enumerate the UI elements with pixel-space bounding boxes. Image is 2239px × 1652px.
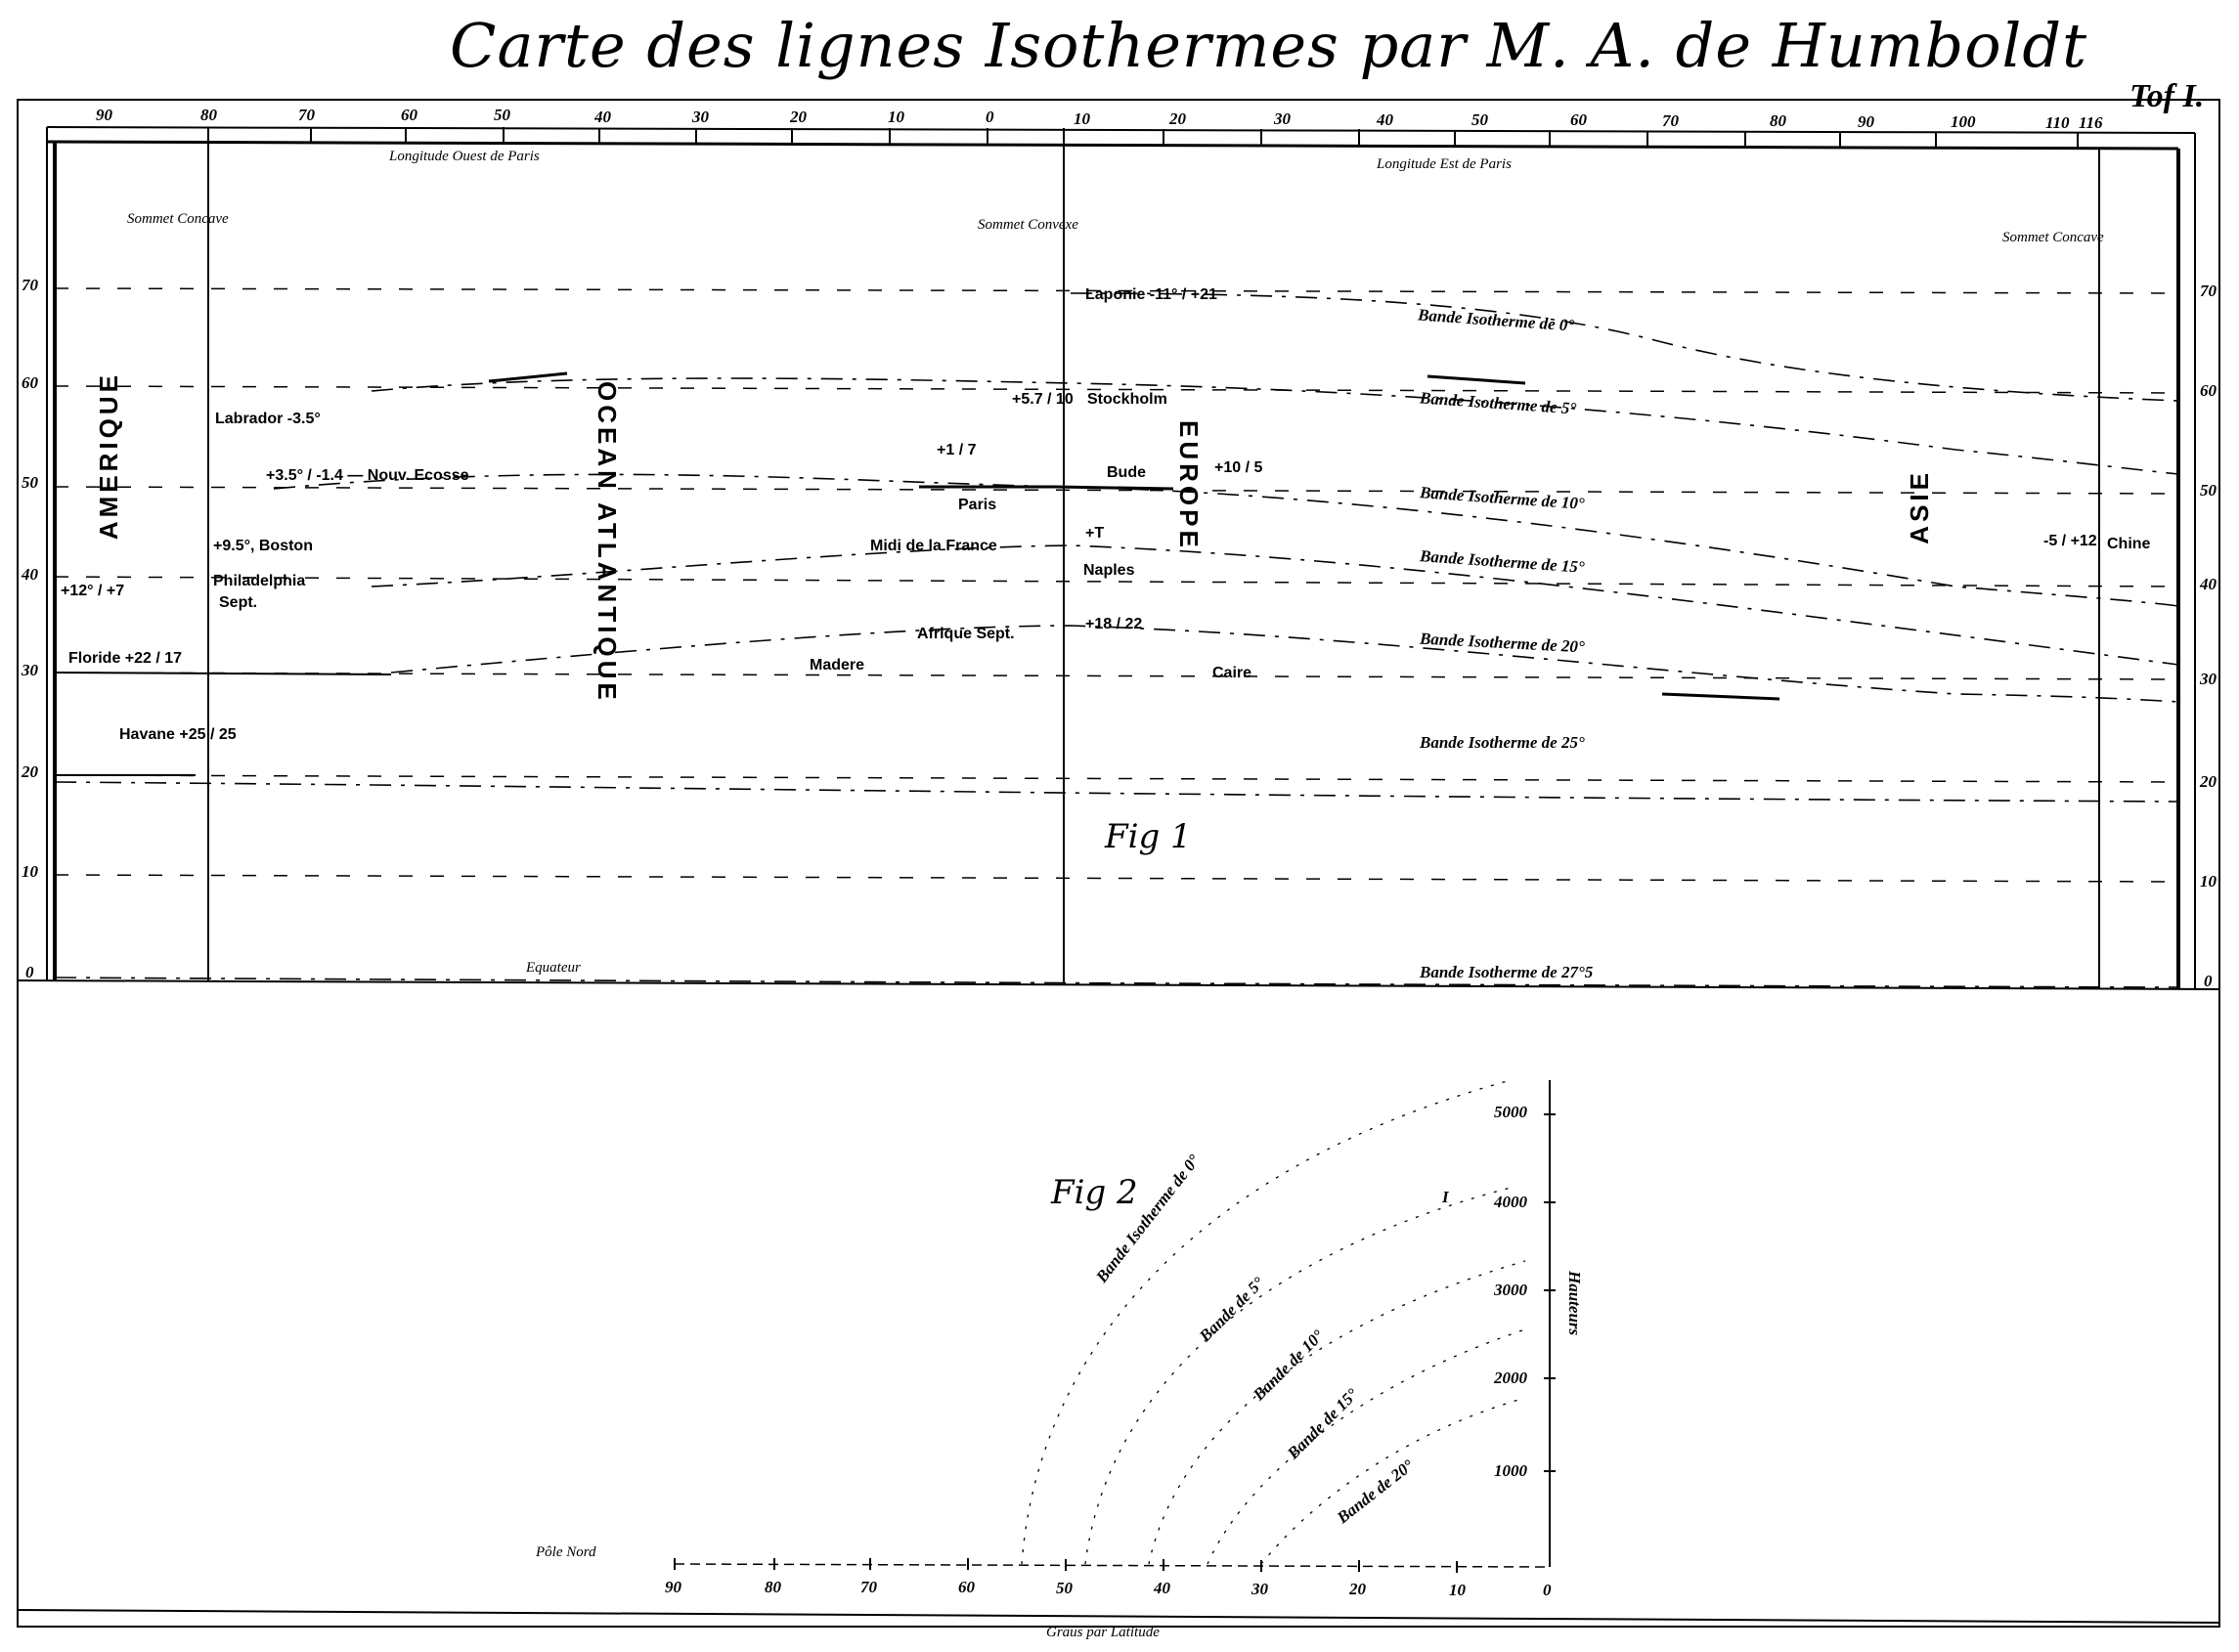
place-temp-atlantic: +1 / 7 (937, 442, 976, 459)
lat-tick: 10 (22, 862, 38, 882)
place-midi-france: Midi de la France (870, 538, 997, 555)
place-chine-temp: -5 / +12 (2043, 533, 2097, 550)
place-havane: Havane +25 / 25 (119, 726, 237, 744)
lat-tick: 70 (22, 276, 38, 295)
plate-label: Tof I. (2129, 78, 2204, 115)
fig2-x-tick: 60 (958, 1578, 975, 1597)
lon-tick: 20 (1169, 109, 1186, 129)
summit-label-right: Sommet Concave (2002, 230, 2104, 246)
lat-tick: 60 (22, 373, 38, 393)
atlantic-ocean-label: OCEAN ATLANTIQUE (592, 381, 622, 704)
continent-europe: EUROPE (1173, 420, 1204, 551)
continent-america: AMERIQUE (94, 371, 124, 540)
place-labrador: Labrador -3.5° (215, 411, 321, 428)
place-afrique-temp: +18 / 22 (1085, 616, 1142, 633)
fig2-x-axis-label: Graus par Latitude (1046, 1625, 1160, 1641)
fig2-x-tick: 80 (765, 1578, 781, 1597)
place-afrique: Afrique Sept. (917, 626, 1015, 643)
fig2-x-tick: 20 (1349, 1580, 1366, 1599)
lat-tick: 30 (2200, 670, 2217, 689)
place-laponie: Laponie -11° / +21 (1085, 286, 1217, 304)
fig1-label: Fig 1 (1105, 817, 1192, 856)
place-naples: Naples (1083, 562, 1134, 580)
lat-tick: 10 (2200, 872, 2217, 891)
lon-tick: 60 (1570, 110, 1587, 130)
fig2-x-tick: 90 (665, 1578, 681, 1597)
lon-tick: 0 (986, 108, 994, 127)
lon-tick: 40 (594, 108, 611, 127)
place-bude: Bude (1107, 464, 1146, 482)
place-paris: Paris (958, 497, 996, 514)
lat-tick: 0 (25, 963, 34, 982)
fig2-x-tick: 10 (1449, 1581, 1466, 1600)
lat-tick: 30 (22, 661, 38, 680)
fig2-x-tick: 70 (860, 1578, 877, 1597)
fig2-top-marker: I (1442, 1188, 1449, 1207)
lon-tick: 30 (692, 108, 709, 127)
lon-tick: 60 (401, 106, 417, 125)
lon-tick: 20 (790, 108, 807, 127)
place-madere: Madere (810, 657, 864, 674)
place-floride: Floride +22 / 17 (68, 650, 182, 668)
isotherm-25: Bande Isotherme de 25° (1420, 733, 1585, 753)
fig2-pole-label: Pôle Nord (536, 1544, 596, 1561)
place-stockholm-temp: +5.7 / 10 (1012, 391, 1074, 409)
lon-tick: 80 (1770, 111, 1786, 131)
lat-tick: 70 (2200, 282, 2217, 301)
lat-tick: 20 (22, 762, 38, 782)
lat-tick: 50 (22, 473, 38, 493)
place-bude-temp: +10 / 5 (1214, 459, 1262, 477)
lon-tick: 80 (200, 106, 217, 125)
lon-tick: 70 (1662, 111, 1679, 131)
fig2-label: Fig 2 (1051, 1173, 1138, 1212)
lon-tick: 40 (1377, 110, 1393, 130)
lon-tick: 116 (2079, 113, 2103, 133)
lon-tick: 50 (494, 106, 510, 125)
place-chine: Chine (2107, 536, 2150, 553)
lon-tick: 90 (96, 106, 112, 125)
lat-tick: 0 (2204, 972, 2213, 991)
longitude-west-label: Longitude Ouest de Paris (389, 149, 540, 165)
place-stockholm: Stockholm (1087, 391, 1167, 409)
place-philadelphia: Philadelphia (213, 573, 305, 590)
fig2-x-tick: 40 (1154, 1579, 1170, 1598)
lon-tick: 30 (1274, 109, 1291, 129)
fig2-y-tick: 4000 (1494, 1193, 1527, 1212)
longitude-east-label: Longitude Est de Paris (1377, 156, 1512, 173)
summit-label-center: Sommet Convexe (978, 217, 1078, 234)
place-midi-temp: +T (1085, 525, 1104, 543)
fig2-y-tick: 5000 (1494, 1103, 1527, 1122)
lon-tick: 90 (1858, 112, 1874, 132)
place-nouvelle-ecosse: +3.5° / -1.4 — Nouv. Ecosse (266, 467, 469, 485)
fig2-x-tick: 30 (1251, 1580, 1268, 1599)
lon-tick: 10 (1074, 109, 1090, 129)
lon-tick: 50 (1471, 110, 1488, 130)
fig2-x-tick: 0 (1543, 1581, 1552, 1600)
place-temp-left: +12° / +7 (61, 583, 124, 600)
equator-label: Equateur (526, 960, 581, 977)
fig2-y-tick: 1000 (1494, 1461, 1527, 1481)
lon-tick: 10 (888, 108, 904, 127)
map-title: Carte des lignes Isothermes par M. A. de… (450, 10, 2087, 81)
fig2-y-tick: 2000 (1494, 1369, 1527, 1388)
summit-label-left: Sommet Concave (127, 211, 229, 228)
lat-tick: 50 (2200, 481, 2217, 500)
place-boston: +9.5°, Boston (213, 538, 313, 555)
lon-tick: 70 (298, 106, 315, 125)
fig2-y-axis-label: Hauteurs (1564, 1271, 1584, 1335)
lat-tick: 60 (2200, 381, 2217, 401)
lon-tick: 100 (1951, 112, 1976, 132)
isotherm-27-5: Bande Isotherme de 27°5 (1420, 963, 1593, 982)
lat-tick: 40 (2200, 575, 2217, 594)
fig2-x-tick: 50 (1056, 1579, 1073, 1598)
lat-tick: 20 (2200, 772, 2217, 792)
continent-asia: ASIE (1905, 469, 1935, 544)
lon-tick: 110 (2045, 113, 2070, 133)
place-septentrion: Sept. (219, 594, 257, 612)
place-caire: Caire (1212, 665, 1251, 682)
lat-tick: 40 (22, 565, 38, 585)
fig2-y-tick: 3000 (1494, 1281, 1527, 1300)
